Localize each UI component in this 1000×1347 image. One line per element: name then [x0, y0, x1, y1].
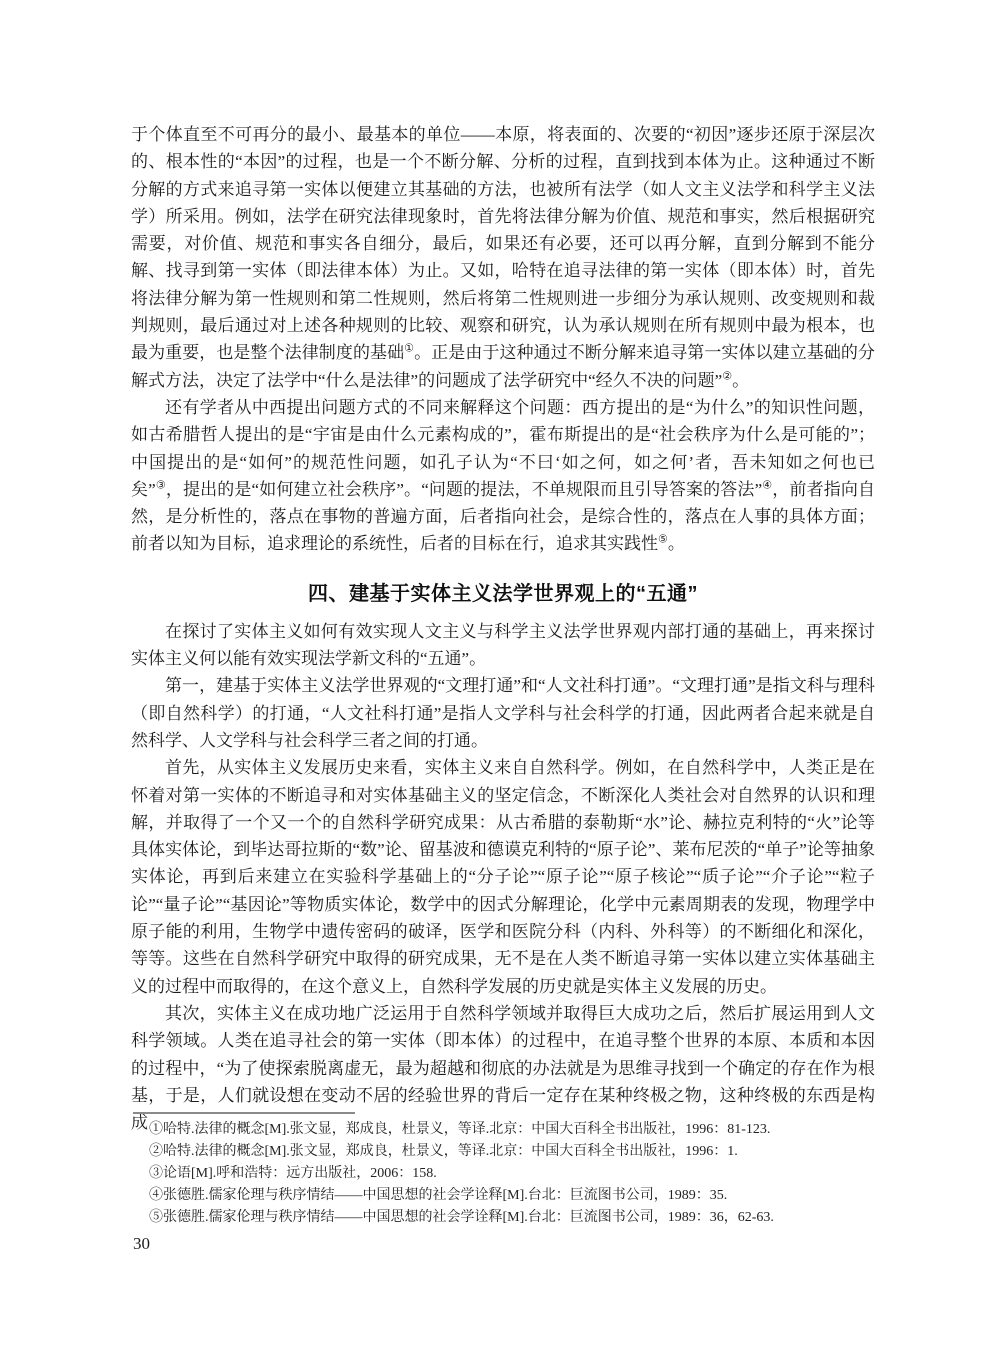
footnote-item: ③论语[M].呼和浩特：远方出版社，2006：158. — [133, 1163, 877, 1185]
page-number: 30 — [133, 1234, 150, 1254]
footnote-item: ②哈特.法律的概念[M].张文显，郑成良，杜景义，等译.北京：中国大百科全书出版… — [133, 1141, 877, 1163]
footnote-ref-3: ③ — [156, 479, 166, 491]
footnotes: ①哈特.法律的概念[M].张文显，郑成良，杜景义，等译.北京：中国大百科全书出版… — [133, 1119, 877, 1229]
footnote-item: ①哈特.法律的概念[M].张文显，郑成良，杜景义，等译.北京：中国大百科全书出版… — [133, 1119, 877, 1141]
footnote-ref-1: ① — [404, 343, 414, 355]
paragraph-text: 。 — [732, 371, 749, 390]
paragraph: 其次，实体主义在成功地广泛运用于自然科学领域并取得巨大成功之后，然后扩展运用到人… — [131, 1000, 875, 1136]
paragraph-continuation: 于个体直至不可再分的最小、最基本的单位——本原，将表面的、次要的“初因”逐步还原… — [131, 121, 875, 394]
article-body: 于个体直至不可再分的最小、最基本的单位——本原，将表面的、次要的“初因”逐步还原… — [131, 121, 875, 1136]
paragraph-text: ，提出的是“如何建立社会秩序”。“问题的提法，不单规限而且引导答案的答法” — [166, 480, 762, 499]
paragraph: 首先，从实体主义发展历史来看，实体主义来自自然科学。例如，在自然科学中，人类正是… — [131, 754, 875, 1000]
footnote-ref-5: ⑤ — [658, 534, 668, 546]
footnote-separator — [133, 1112, 355, 1114]
paper-page: 于个体直至不可再分的最小、最基本的单位——本原，将表面的、次要的“初因”逐步还原… — [0, 0, 1000, 1347]
section-heading: 四、建基于实体主义法学世界观上的“五通” — [131, 577, 875, 606]
paragraph-text: 。 — [668, 534, 685, 553]
paragraph: 第一，建基于实体主义法学世界观的“文理打通”和“人文社科打通”。“文理打通”是指… — [131, 672, 875, 754]
paragraph-text: 在探讨了实体主义如何有效实现人文主义与科学主义法学世界观内部打通的基础上，再来探… — [131, 622, 875, 668]
footnote-item: ④张德胜.儒家伦理与秩序情结——中国思想的社会学诠释[M].台北：巨流图书公司，… — [133, 1185, 877, 1207]
footnote-ref-2: ② — [722, 370, 732, 382]
paragraph-text: 首先，从实体主义发展历史来看，实体主义来自自然科学。例如，在自然科学中，人类正是… — [131, 758, 875, 995]
paragraph: 在探讨了实体主义如何有效实现人文主义与科学主义法学世界观内部打通的基础上，再来探… — [131, 618, 875, 673]
footnote-ref-4: ④ — [762, 479, 772, 491]
paragraph: 还有学者从中西提出问题方式的不同来解释这个问题：西方提出的是“为什么”的知识性问… — [131, 394, 875, 558]
paragraph-text: 于个体直至不可再分的最小、最基本的单位——本原，将表面的、次要的“初因”逐步还原… — [131, 125, 875, 362]
paragraph-text: 第一，建基于实体主义法学世界观的“文理打通”和“人文社科打通”。“文理打通”是指… — [131, 676, 875, 750]
footnote-item: ⑤张德胜.儒家伦理与秩序情结——中国思想的社会学诠释[M].台北：巨流图书公司，… — [133, 1207, 877, 1229]
